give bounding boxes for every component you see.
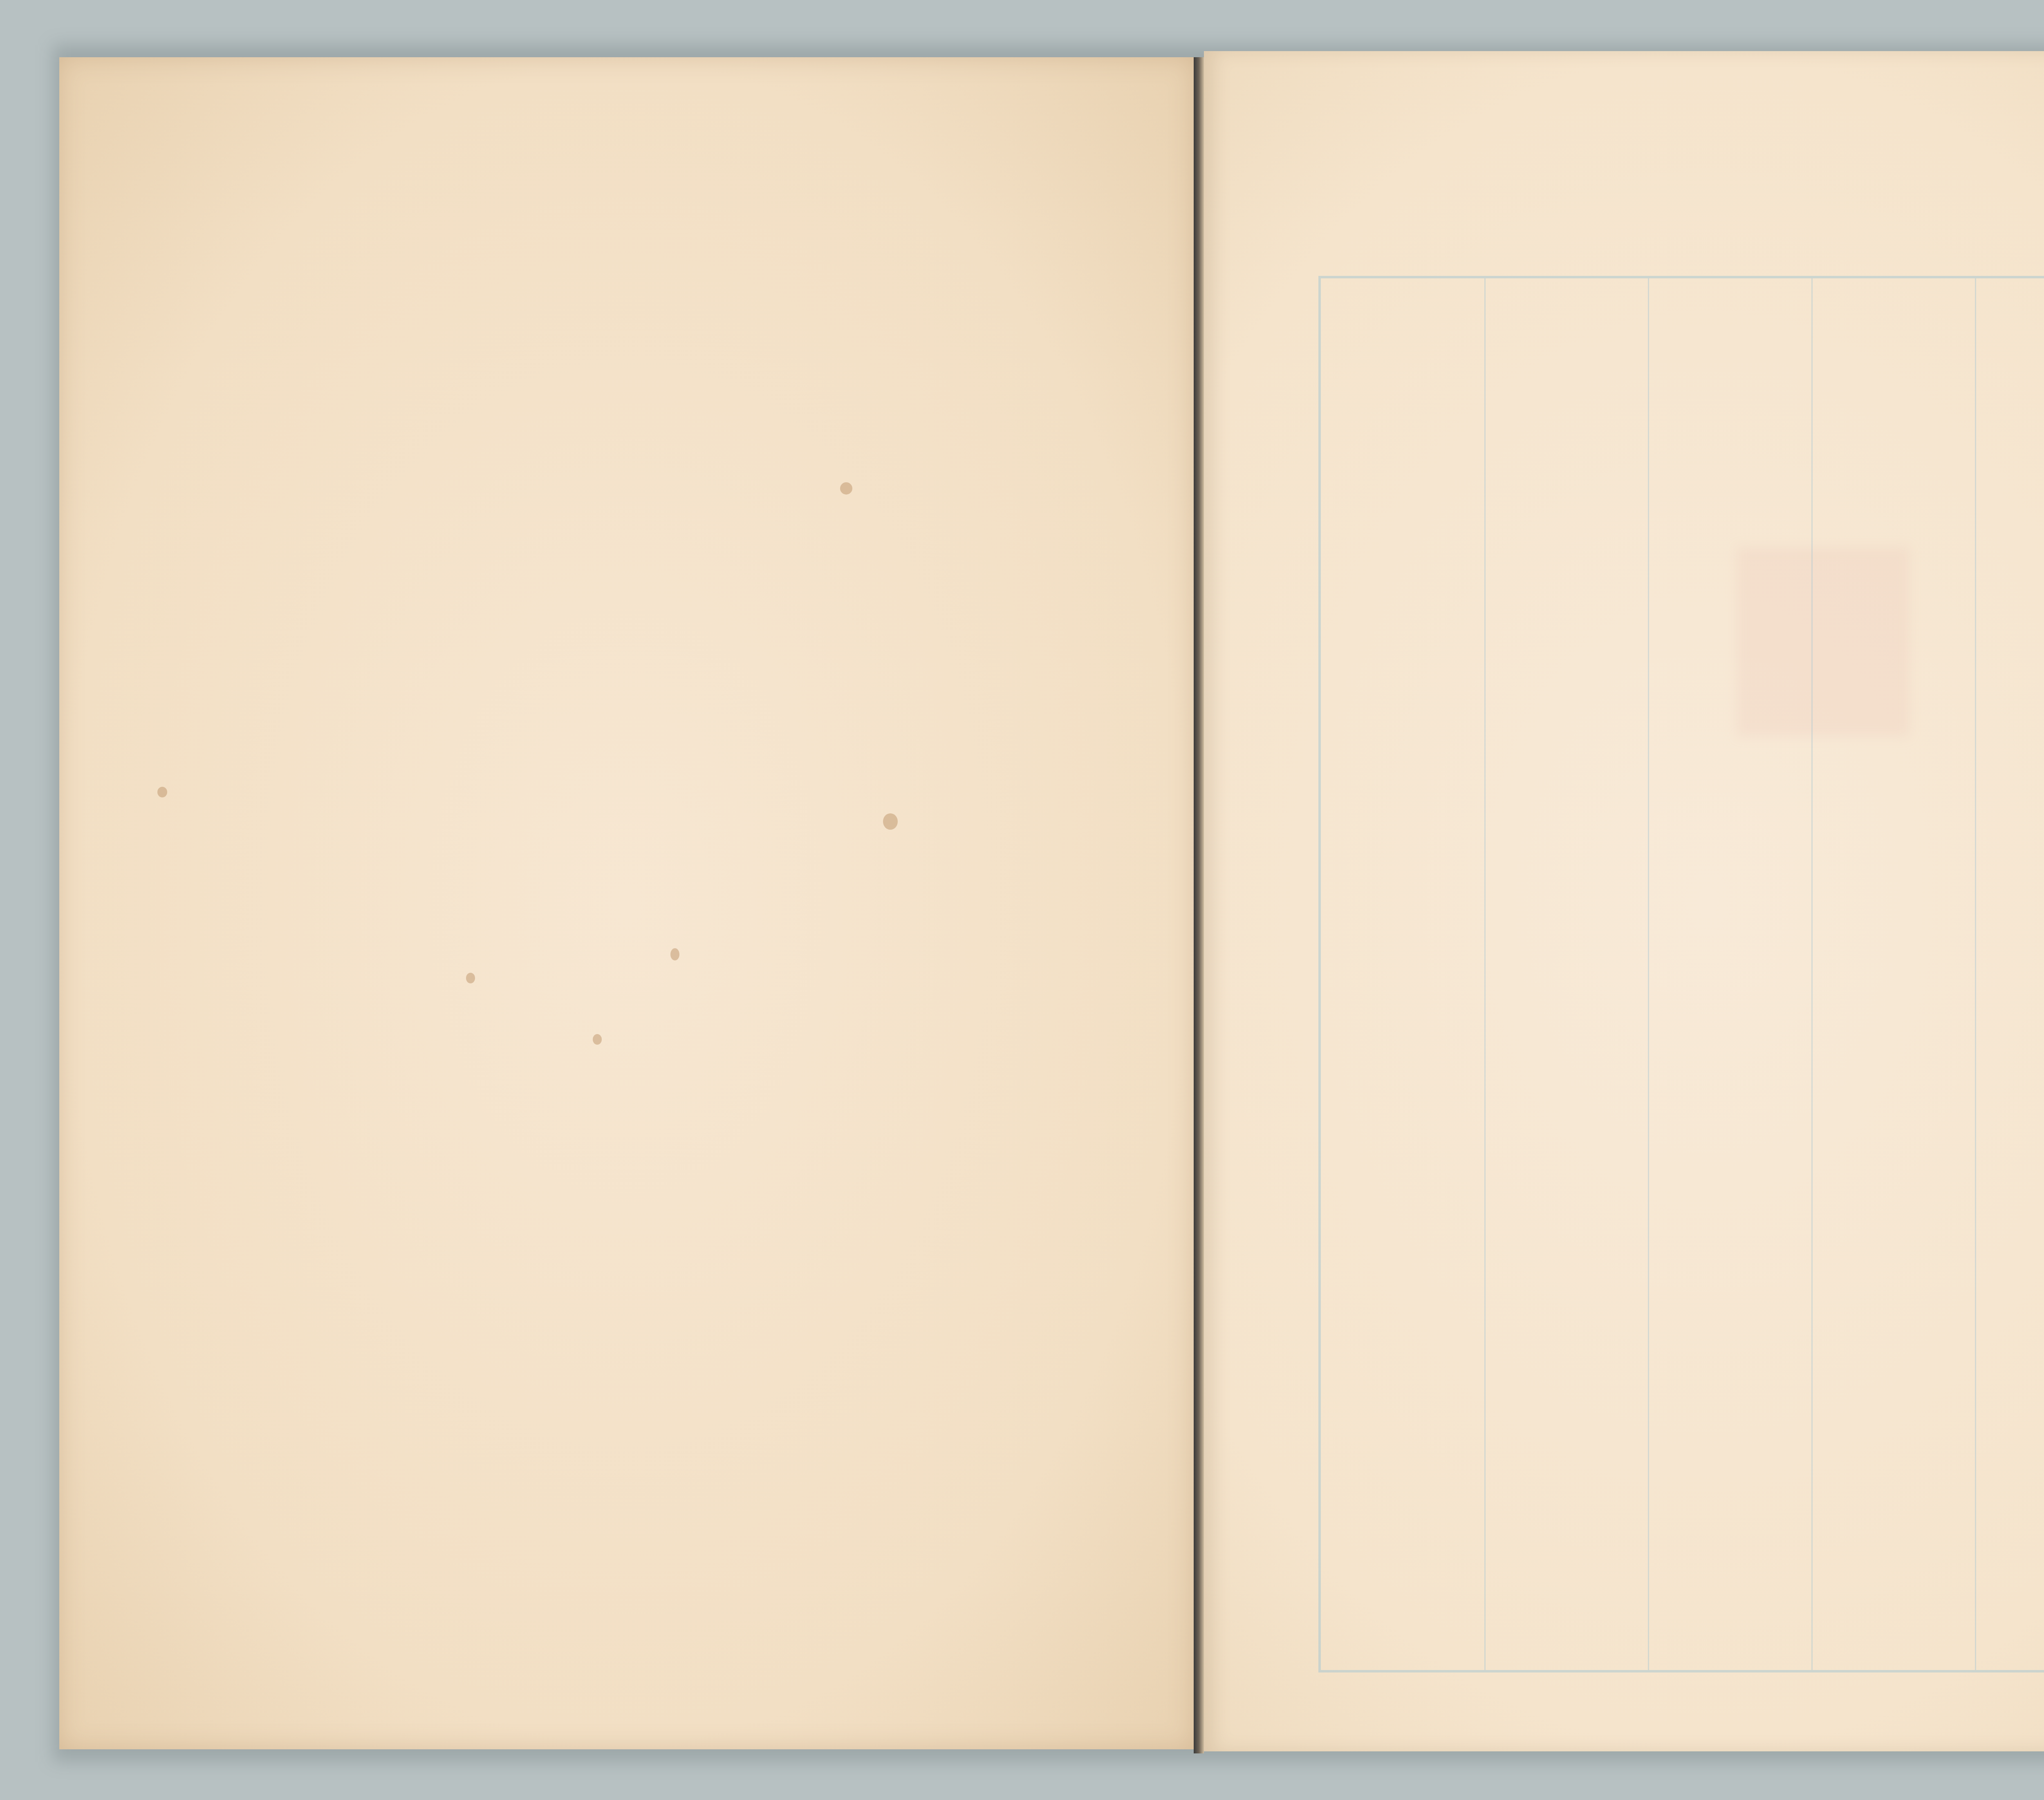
foxing-spot [670,948,679,960]
foxing-spot [593,1034,602,1045]
ruled-line [1484,278,1486,1670]
ruled-line [1811,278,1813,1670]
ruled-line [1975,278,1976,1670]
foxing-spot [466,973,475,983]
left-page [59,57,1194,1749]
ruled-frame [1318,276,2044,1672]
ruled-line [1648,278,1649,1670]
book-gutter [1194,57,1204,1753]
foxing-spot [157,787,167,797]
foxing-spot [840,482,852,495]
foxing-spot [883,813,898,830]
